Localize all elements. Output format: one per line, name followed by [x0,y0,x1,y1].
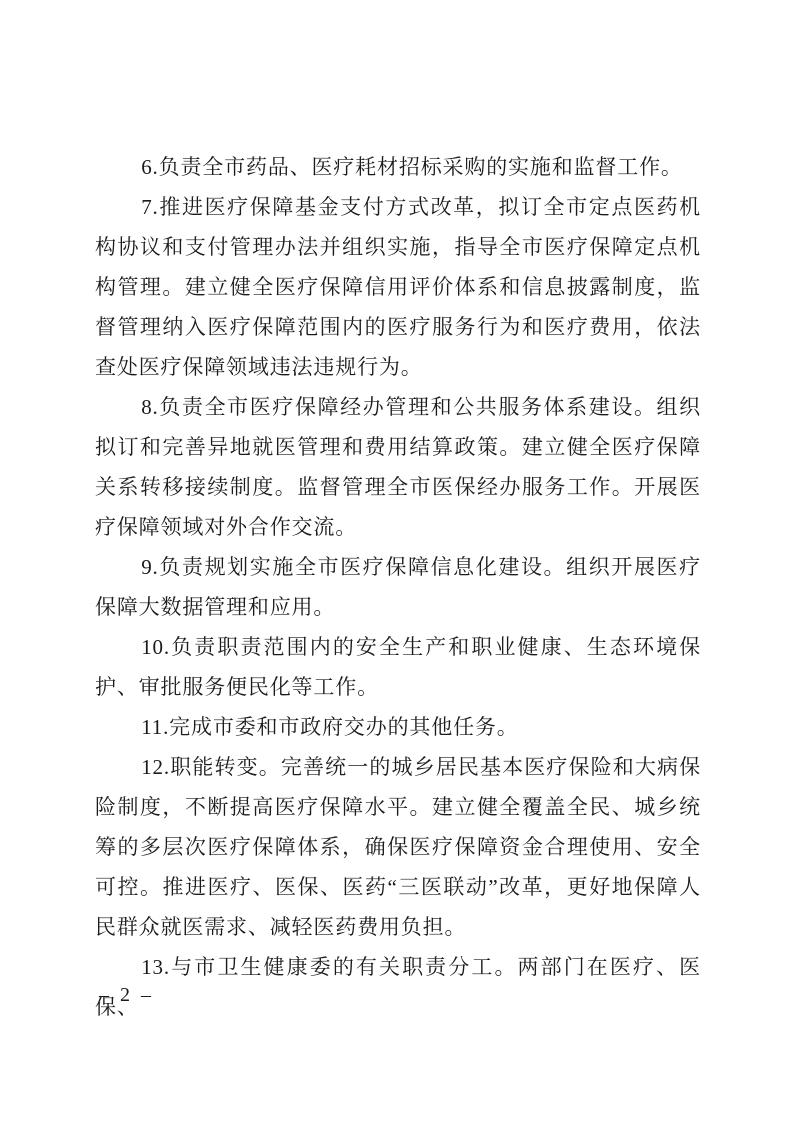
paragraph-item-12: 12.职能转变。完善统一的城乡居民基本医疗保险和大病保险制度，不断提高医疗保障水… [95,747,701,947]
paragraph-item-13: 13.与市卫生健康委的有关职责分工。两部门在医疗、医保、 [95,947,701,1027]
page-number-footer: – 2 – [99,984,154,1007]
paragraph-item-11: 11.完成市委和市政府交办的其他任务。 [95,707,701,747]
document-page: 6.负责全市药品、医疗耗材招标采购的实施和监督工作。 7.推进医疗保障基金支付方… [0,0,793,1122]
paragraph-item-8: 8.负责全市医疗保障经办管理和公共服务体系建设。组织拟订和完善异地就医管理和费用… [95,387,701,547]
paragraph-item-6: 6.负责全市药品、医疗耗材招标采购的实施和监督工作。 [95,147,701,187]
paragraph-item-9: 9.负责规划实施全市医疗保障信息化建设。组织开展医疗保障大数据管理和应用。 [95,547,701,627]
paragraph-item-7: 7.推进医疗保障基金支付方式改革，拟订全市定点医药机构协议和支付管理办法并组织实… [95,187,701,387]
document-body-text: 6.负责全市药品、医疗耗材招标采购的实施和监督工作。 7.推进医疗保障基金支付方… [95,147,701,1027]
paragraph-item-10: 10.负责职责范围内的安全生产和职业健康、生态环境保护、审批服务便民化等工作。 [95,627,701,707]
